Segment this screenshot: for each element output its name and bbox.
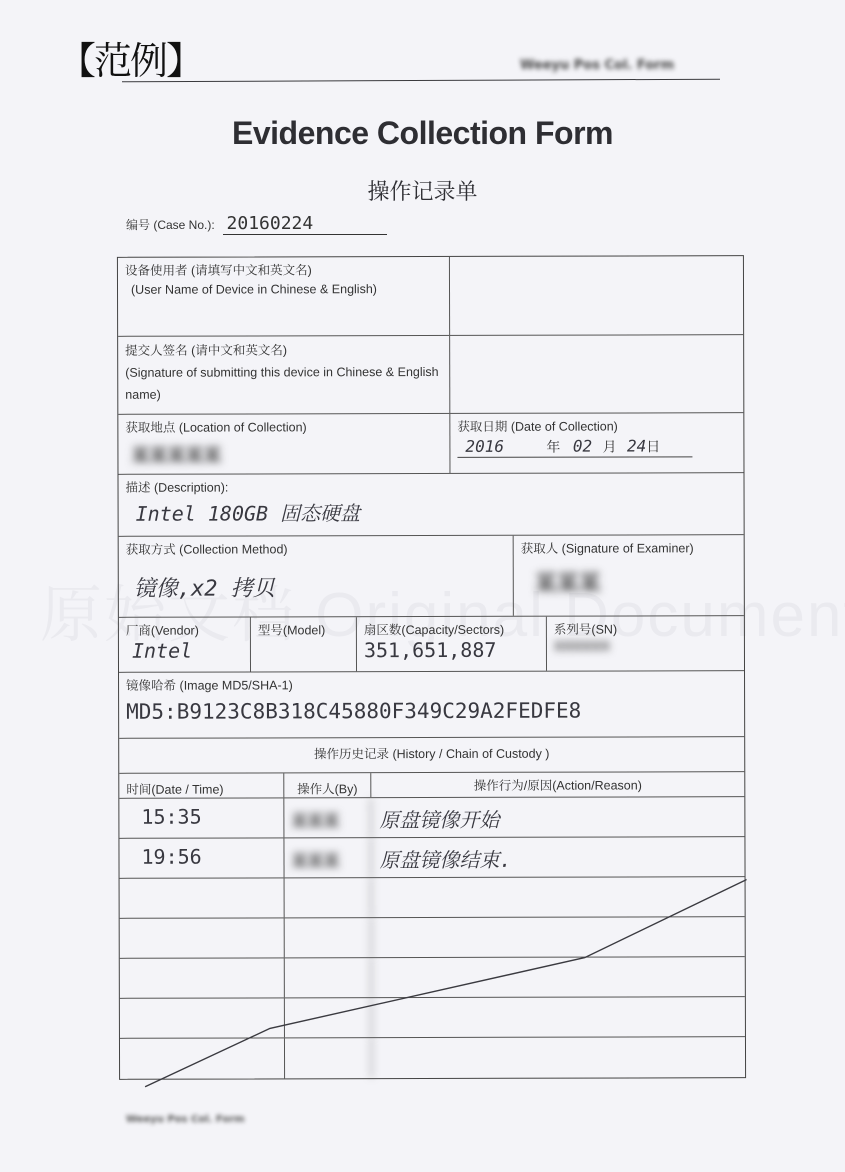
history-time[interactable]: 19:56	[119, 838, 284, 877]
date-day: 24	[627, 436, 646, 455]
history-row: 15:35某某某原盘镜像开始	[119, 797, 744, 839]
history-row	[120, 997, 745, 1039]
history-time[interactable]	[120, 1038, 285, 1078]
history-action[interactable]	[372, 1037, 745, 1078]
description-value[interactable]: Intel 180GB 固态硬盘	[126, 496, 737, 527]
form-title: Evidence Collection Form	[0, 115, 845, 152]
history-row	[120, 917, 745, 959]
vendor-value[interactable]: Intel	[126, 638, 243, 662]
header-right-blurred: Weeyu Pos Col. Form	[520, 58, 674, 73]
header-rule	[122, 79, 720, 83]
row-location-date: 获取地点 (Location of Collection) 某某某某某 获取日期…	[118, 413, 743, 475]
location-value[interactable]: 某某某某某	[125, 441, 442, 468]
submitter-field[interactable]	[450, 335, 743, 413]
description-label: 描述 (Description):	[126, 476, 737, 496]
history-action[interactable]: 原盘镜像结束.	[371, 837, 744, 877]
hash-cell: 镜像哈希 (Image MD5/SHA-1) MD5:B9123C8B318C4…	[119, 671, 744, 738]
submitter-label-cn: 提交人签名 (请中文和英文名)	[125, 339, 442, 362]
history-time[interactable]	[120, 918, 285, 957]
history-by[interactable]: 某某某	[284, 798, 371, 837]
model-label: 型号(Model)	[258, 620, 349, 638]
capacity-cell: 扇区数(Capacity/Sectors) 351,651,887	[357, 617, 547, 671]
row-method-examiner: 获取方式 (Collection Method) 镜像,x2 拷贝 获取人 (S…	[119, 535, 744, 618]
examiner-signature[interactable]: 某某某	[521, 566, 737, 598]
row-device-info: 厂商(Vendor) Intel 型号(Model) 扇区数(Capacity/…	[119, 616, 744, 673]
submitter-label-cell: 提交人签名 (请中文和英文名) (Signature of submitting…	[118, 336, 450, 414]
history-action[interactable]	[372, 957, 745, 997]
user-name-label-en: (User Name of Device in Chinese & Englis…	[125, 282, 442, 297]
user-name-label-cell: 设备使用者 (请填写中文和英文名) (User Name of Device i…	[118, 257, 450, 336]
history-by[interactable]	[285, 1038, 372, 1078]
history-by[interactable]: 某某某	[284, 838, 371, 877]
description-cell: 描述 (Description): Intel 180GB 固态硬盘	[118, 473, 743, 536]
method-value[interactable]: 镜像,x2 拷贝	[126, 571, 506, 603]
history-action[interactable]: 原盘镜像开始	[371, 797, 744, 837]
history-action[interactable]	[372, 997, 745, 1037]
history-by[interactable]	[285, 918, 372, 957]
sn-cell: 系列号(SN) XXXXXX	[547, 616, 744, 671]
row-history-title: 操作历史记录 (History / Chain of Custody )	[119, 737, 744, 774]
model-cell: 型号(Model)	[251, 617, 357, 671]
location-label: 获取地点 (Location of Collection)	[125, 417, 442, 436]
case-number-label: 编号 (Case No.):	[126, 218, 215, 232]
sample-label: 【范例】	[58, 30, 202, 85]
scanned-page: 原始文档 Original Document 【范例】 Weeyu Pos Co…	[0, 0, 845, 1172]
row-submitter: 提交人签名 (请中文和英文名) (Signature of submitting…	[118, 335, 743, 415]
user-name-field[interactable]	[450, 256, 743, 335]
evidence-form-table: 设备使用者 (请填写中文和英文名) (User Name of Device i…	[117, 255, 746, 1080]
method-cell: 获取方式 (Collection Method) 镜像,x2 拷贝	[119, 536, 514, 617]
history-action[interactable]	[372, 877, 745, 917]
sn-label: 系列号(SN)	[554, 619, 737, 637]
submitter-label-en: (Signature of submitting this device in …	[125, 361, 442, 406]
history-col-time: 时间(Date / Time)	[119, 773, 284, 797]
date-label: 获取日期 (Date of Collection)	[457, 416, 736, 435]
hash-value[interactable]: MD5:B9123C8B318C45880F349C29A2FEDFE8	[126, 698, 737, 724]
history-time[interactable]	[120, 998, 285, 1037]
history-row	[120, 877, 745, 919]
footer-blurred: Weeyu Pos Col. Form	[126, 1114, 245, 1125]
vendor-label: 厂商(Vendor)	[126, 620, 243, 638]
history-by[interactable]	[285, 958, 372, 997]
history-row: 19:56某某某原盘镜像结束.	[119, 837, 744, 879]
history-by[interactable]	[285, 998, 372, 1037]
form-subtitle: 操作记录单	[0, 175, 845, 206]
case-number: 编号 (Case No.): 20160224	[126, 213, 387, 235]
date-year-unit: 年	[546, 439, 560, 455]
history-table: 时间(Date / Time) 操作人(By) 操作行为/原因(Action/R…	[119, 772, 745, 1079]
sn-value[interactable]: XXXXXX	[554, 637, 737, 653]
history-time[interactable]	[120, 958, 285, 997]
capacity-label: 扇区数(Capacity/Sectors)	[364, 620, 539, 638]
history-by[interactable]	[285, 878, 372, 917]
history-time[interactable]: 15:35	[119, 798, 284, 837]
date-day-unit: 日	[646, 438, 660, 454]
capacity-value[interactable]: 351,651,887	[364, 638, 539, 662]
history-header-row: 时间(Date / Time) 操作人(By) 操作行为/原因(Action/R…	[119, 772, 744, 799]
date-cell: 获取日期 (Date of Collection) 2016 年 02 月 24…	[450, 413, 743, 473]
location-cell: 获取地点 (Location of Collection) 某某某某某	[118, 414, 450, 474]
method-label: 获取方式 (Collection Method)	[126, 539, 506, 558]
examiner-label: 获取人 (Signature of Examiner)	[521, 538, 737, 557]
vendor-cell: 厂商(Vendor) Intel	[119, 617, 251, 671]
examiner-cell: 获取人 (Signature of Examiner) 某某某	[514, 535, 744, 616]
history-row	[120, 1037, 745, 1079]
date-month: 02	[573, 437, 592, 456]
history-time[interactable]	[120, 878, 285, 917]
row-user-name: 设备使用者 (请填写中文和英文名) (User Name of Device i…	[118, 256, 743, 337]
history-action[interactable]	[372, 917, 745, 957]
history-col-by: 操作人(By)	[284, 773, 371, 797]
case-number-value[interactable]: 20160224	[223, 213, 387, 235]
date-field[interactable]: 2016 年 02 月 24日	[457, 436, 692, 458]
history-title: 操作历史记录 (History / Chain of Custody )	[119, 737, 744, 773]
history-row	[120, 957, 745, 999]
hash-label: 镜像哈希 (Image MD5/SHA-1)	[126, 674, 737, 694]
date-year: 2016	[465, 437, 504, 456]
date-month-unit: 月	[603, 439, 617, 455]
user-name-label-cn: 设备使用者 (请填写中文和英文名)	[125, 260, 442, 279]
history-col-action: 操作行为/原因(Action/Reason)	[371, 772, 744, 797]
row-description: 描述 (Description): Intel 180GB 固态硬盘	[118, 473, 743, 537]
row-hash: 镜像哈希 (Image MD5/SHA-1) MD5:B9123C8B318C4…	[119, 671, 744, 739]
